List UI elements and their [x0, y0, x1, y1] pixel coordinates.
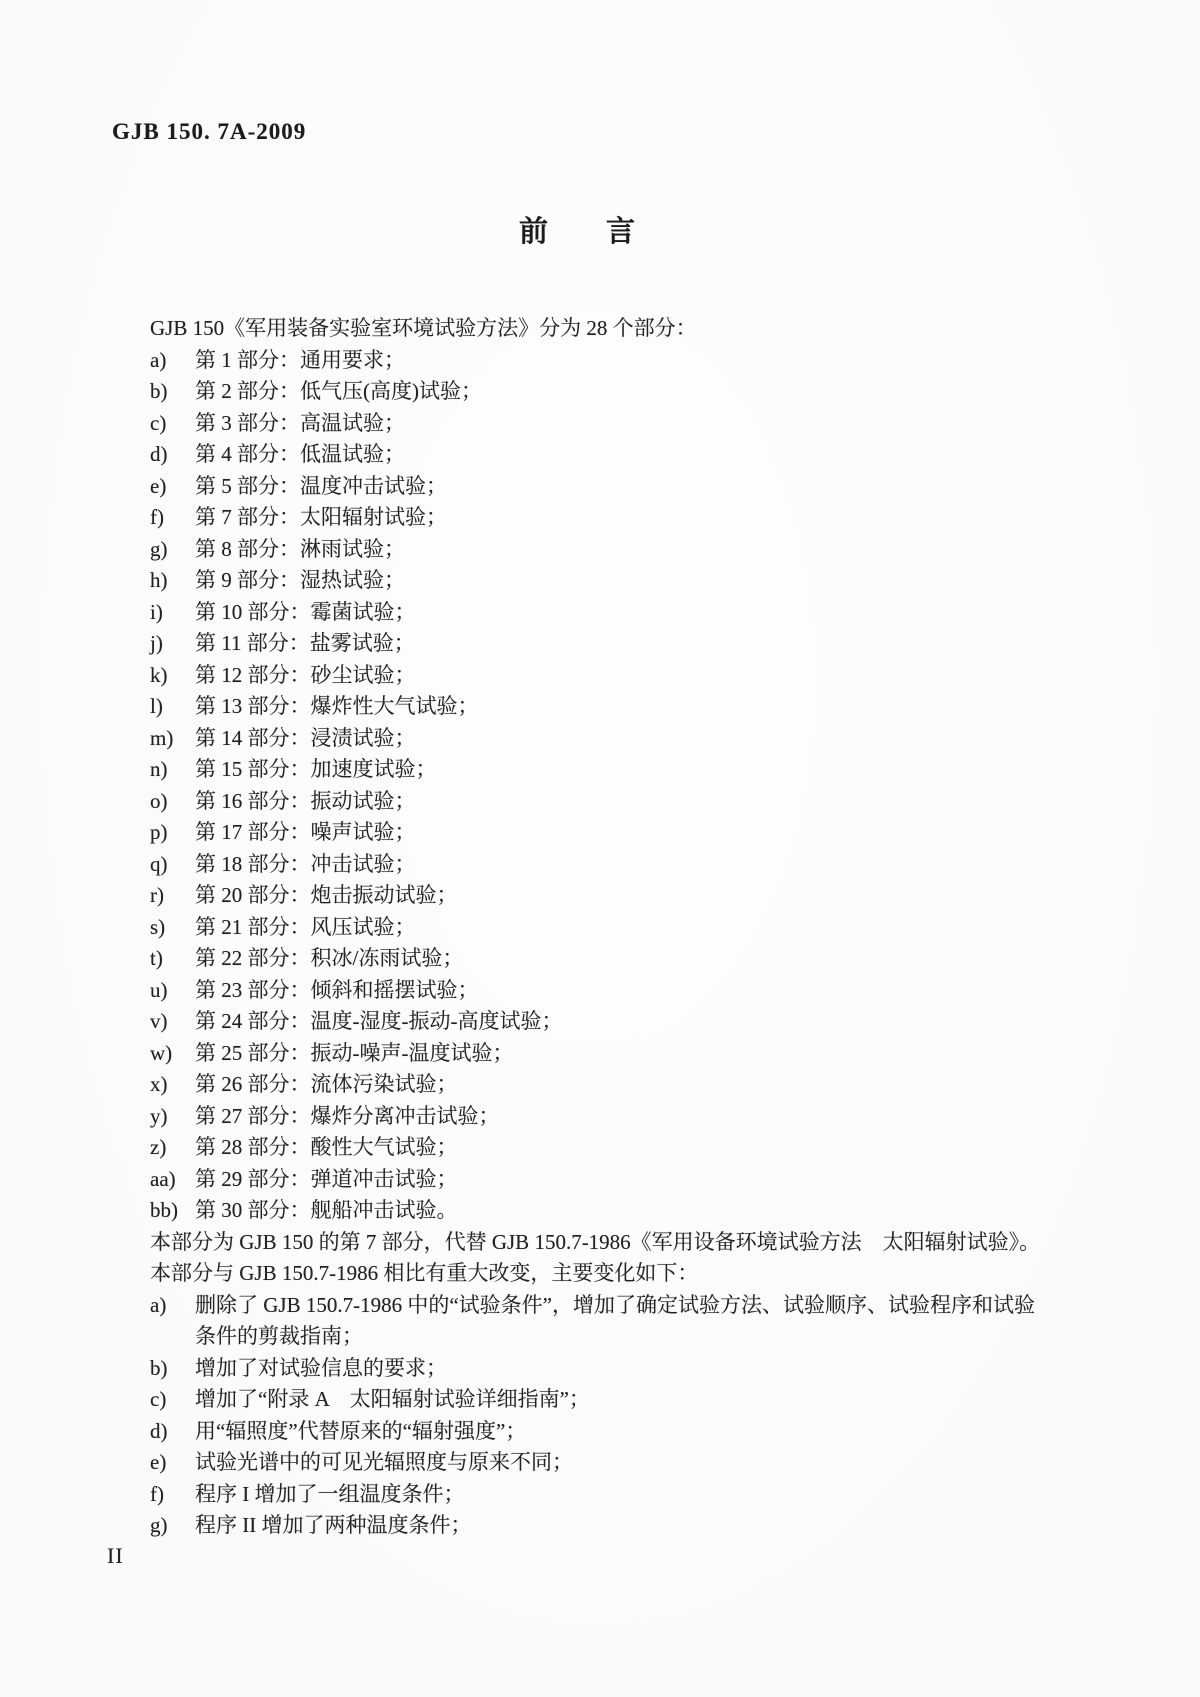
- item-label: b): [150, 1353, 195, 1385]
- item-label: a): [150, 345, 195, 377]
- item-text: 第 18 部分：冲击试验；: [195, 849, 416, 881]
- item-text: 第 23 部分：倾斜和摇摆试验；: [195, 975, 479, 1007]
- item-text: 删除了 GJB 150.7-1986 中的“试验条件”，增加了确定试验方法、试验…: [195, 1290, 1095, 1353]
- item-label: m): [150, 723, 195, 755]
- parts-list-item: y) 第 27 部分：爆炸分离冲击试验；: [150, 1101, 1095, 1133]
- parts-list: a) 第 1 部分：通用要求； b) 第 2 部分：低气压(高度)试验； c) …: [150, 345, 1095, 1227]
- item-line: 程序 I 增加了一组温度条件；: [195, 1479, 1095, 1511]
- item-label: d): [150, 1416, 195, 1448]
- item-label: v): [150, 1006, 195, 1038]
- item-text: 试验光谱中的可见光辐照度与原来不同；: [195, 1447, 1095, 1479]
- item-label: d): [150, 439, 195, 471]
- parts-list-item: n) 第 15 部分：加速度试验；: [150, 754, 1095, 786]
- item-label: f): [150, 502, 195, 534]
- changes-list-item: e) 试验光谱中的可见光辐照度与原来不同；: [150, 1447, 1095, 1479]
- item-text: 第 10 部分：霉菌试验；: [195, 597, 416, 629]
- item-label: x): [150, 1069, 195, 1101]
- changes-list-item: c) 增加了“附录 A 太阳辐射试验详细指南”；: [150, 1384, 1095, 1416]
- changes-list-item: d) 用“辐照度”代替原来的“辐射强度”；: [150, 1416, 1095, 1448]
- standard-number: GJB 150. 7A-2009: [112, 119, 306, 145]
- changes-list-item: b) 增加了对试验信息的要求；: [150, 1353, 1095, 1385]
- item-text: 程序 I 增加了一组温度条件；: [195, 1479, 1095, 1511]
- item-text: 增加了“附录 A 太阳辐射试验详细指南”；: [195, 1384, 1095, 1416]
- parts-list-item: u) 第 23 部分：倾斜和摇摆试验；: [150, 975, 1095, 1007]
- parts-list-item: h) 第 9 部分：湿热试验；: [150, 565, 1095, 597]
- changes-list: a) 删除了 GJB 150.7-1986 中的“试验条件”，增加了确定试验方法…: [150, 1290, 1095, 1542]
- item-text: 增加了对试验信息的要求；: [195, 1353, 1095, 1385]
- parts-list-item: j) 第 11 部分：盐雾试验；: [150, 628, 1095, 660]
- item-label: z): [150, 1132, 195, 1164]
- item-text: 第 5 部分：温度冲击试验；: [195, 471, 447, 503]
- parts-list-item: a) 第 1 部分：通用要求；: [150, 345, 1095, 377]
- item-text: 第 8 部分：淋雨试验；: [195, 534, 405, 566]
- item-text: 第 28 部分：酸性大气试验；: [195, 1132, 458, 1164]
- parts-list-item: v) 第 24 部分：温度-湿度-振动-高度试验；: [150, 1006, 1095, 1038]
- item-label: t): [150, 943, 195, 975]
- item-label: e): [150, 471, 195, 503]
- parts-list-item: t) 第 22 部分：积冰/冻雨试验；: [150, 943, 1095, 975]
- parts-list-item: o) 第 16 部分：振动试验；: [150, 786, 1095, 818]
- item-label: i): [150, 597, 195, 629]
- item-label: o): [150, 786, 195, 818]
- item-line: 增加了对试验信息的要求；: [195, 1353, 1095, 1385]
- item-text: 用“辐照度”代替原来的“辐射强度”；: [195, 1416, 1095, 1448]
- item-label: a): [150, 1290, 195, 1322]
- item-label: w): [150, 1038, 195, 1070]
- parts-list-item: x) 第 26 部分：流体污染试验；: [150, 1069, 1095, 1101]
- item-label: b): [150, 376, 195, 408]
- item-line: 删除了 GJB 150.7-1986 中的“试验条件”，增加了确定试验方法、试验…: [195, 1290, 1095, 1322]
- replacement-paragraph: 本部分为 GJB 150 的第 7 部分，代替 GJB 150.7-1986《军…: [150, 1227, 1095, 1259]
- parts-list-item: d) 第 4 部分：低温试验；: [150, 439, 1095, 471]
- parts-list-item: l) 第 13 部分：爆炸性大气试验；: [150, 691, 1095, 723]
- item-label: f): [150, 1479, 195, 1511]
- parts-list-item: g) 第 8 部分：淋雨试验；: [150, 534, 1095, 566]
- item-text: 第 1 部分：通用要求；: [195, 345, 405, 377]
- parts-list-item: s) 第 21 部分：风压试验；: [150, 912, 1095, 944]
- item-text: 第 21 部分：风压试验；: [195, 912, 416, 944]
- item-label: c): [150, 408, 195, 440]
- item-text: 第 11 部分：盐雾试验；: [195, 628, 415, 660]
- parts-list-item: k) 第 12 部分：砂尘试验；: [150, 660, 1095, 692]
- item-label: q): [150, 849, 195, 881]
- item-text: 第 16 部分：振动试验；: [195, 786, 416, 818]
- parts-list-item: i) 第 10 部分：霉菌试验；: [150, 597, 1095, 629]
- changes-list-item: a) 删除了 GJB 150.7-1986 中的“试验条件”，增加了确定试验方法…: [150, 1290, 1095, 1353]
- parts-list-item: e) 第 5 部分：温度冲击试验；: [150, 471, 1095, 503]
- item-text: 第 4 部分：低温试验；: [195, 439, 405, 471]
- item-label: k): [150, 660, 195, 692]
- item-text: 第 12 部分：砂尘试验；: [195, 660, 416, 692]
- parts-list-item: q) 第 18 部分：冲击试验；: [150, 849, 1095, 881]
- item-text: 第 29 部分：弹道冲击试验；: [195, 1164, 458, 1196]
- item-label: h): [150, 565, 195, 597]
- parts-list-item: aa) 第 29 部分：弹道冲击试验；: [150, 1164, 1095, 1196]
- parts-list-item: r) 第 20 部分：炮击振动试验；: [150, 880, 1095, 912]
- item-label: j): [150, 628, 195, 660]
- parts-list-item: z) 第 28 部分：酸性大气试验；: [150, 1132, 1095, 1164]
- item-label: p): [150, 817, 195, 849]
- item-text: 第 27 部分：爆炸分离冲击试验；: [195, 1101, 500, 1133]
- item-label: y): [150, 1101, 195, 1133]
- page-number: II: [107, 1543, 124, 1569]
- item-text: 第 3 部分：高温试验；: [195, 408, 405, 440]
- item-text: 第 14 部分：浸渍试验；: [195, 723, 416, 755]
- item-label: g): [150, 1510, 195, 1542]
- item-line: 增加了“附录 A 太阳辐射试验详细指南”；: [195, 1384, 1095, 1416]
- page-title: 前 言: [519, 209, 635, 250]
- item-label: u): [150, 975, 195, 1007]
- item-label: n): [150, 754, 195, 786]
- document-body: GJB 150《军用装备实验室环境试验方法》分为 28 个部分： a) 第 1 …: [150, 313, 1095, 1542]
- parts-list-item: b) 第 2 部分：低气压(高度)试验；: [150, 376, 1095, 408]
- item-text: 第 20 部分：炮击振动试验；: [195, 880, 458, 912]
- parts-list-item: bb) 第 30 部分：舰船冲击试验。: [150, 1195, 1095, 1227]
- item-label: e): [150, 1447, 195, 1479]
- item-text: 第 9 部分：湿热试验；: [195, 565, 405, 597]
- item-label: g): [150, 534, 195, 566]
- item-line: 试验光谱中的可见光辐照度与原来不同；: [195, 1447, 1095, 1479]
- item-label: l): [150, 691, 195, 723]
- intro-paragraph: GJB 150《军用装备实验室环境试验方法》分为 28 个部分：: [150, 313, 1095, 345]
- changes-list-item: f) 程序 I 增加了一组温度条件；: [150, 1479, 1095, 1511]
- document-page: GJB 150. 7A-2009 前 言 GJB 150《军用装备实验室环境试验…: [0, 0, 1200, 1697]
- item-label: aa): [150, 1164, 195, 1196]
- item-text: 第 26 部分：流体污染试验；: [195, 1069, 458, 1101]
- changes-list-item: g) 程序 II 增加了两种温度条件；: [150, 1510, 1095, 1542]
- changes-intro-paragraph: 本部分与 GJB 150.7-1986 相比有重大改变，主要变化如下：: [150, 1258, 1095, 1290]
- item-text: 第 30 部分：舰船冲击试验。: [195, 1195, 458, 1227]
- parts-list-item: c) 第 3 部分：高温试验；: [150, 408, 1095, 440]
- item-text: 第 25 部分：振动-噪声-温度试验；: [195, 1038, 514, 1070]
- item-label: c): [150, 1384, 195, 1416]
- item-text: 第 24 部分：温度-湿度-振动-高度试验；: [195, 1006, 562, 1038]
- item-text: 程序 II 增加了两种温度条件；: [195, 1510, 1095, 1542]
- parts-list-item: p) 第 17 部分：噪声试验；: [150, 817, 1095, 849]
- parts-list-item: m) 第 14 部分：浸渍试验；: [150, 723, 1095, 755]
- item-text: 第 15 部分：加速度试验；: [195, 754, 437, 786]
- parts-list-item: f) 第 7 部分：太阳辐射试验；: [150, 502, 1095, 534]
- item-text: 第 22 部分：积冰/冻雨试验；: [195, 943, 463, 975]
- item-text: 第 7 部分：太阳辐射试验；: [195, 502, 447, 534]
- item-line: 程序 II 增加了两种温度条件；: [195, 1510, 1095, 1542]
- item-line: 条件的剪裁指南；: [195, 1321, 1095, 1353]
- item-label: bb): [150, 1195, 195, 1227]
- item-text: 第 2 部分：低气压(高度)试验；: [195, 376, 482, 408]
- item-label: r): [150, 880, 195, 912]
- item-text: 第 17 部分：噪声试验；: [195, 817, 416, 849]
- item-text: 第 13 部分：爆炸性大气试验；: [195, 691, 479, 723]
- item-line: 用“辐照度”代替原来的“辐射强度”；: [195, 1416, 1095, 1448]
- item-label: s): [150, 912, 195, 944]
- parts-list-item: w) 第 25 部分：振动-噪声-温度试验；: [150, 1038, 1095, 1070]
